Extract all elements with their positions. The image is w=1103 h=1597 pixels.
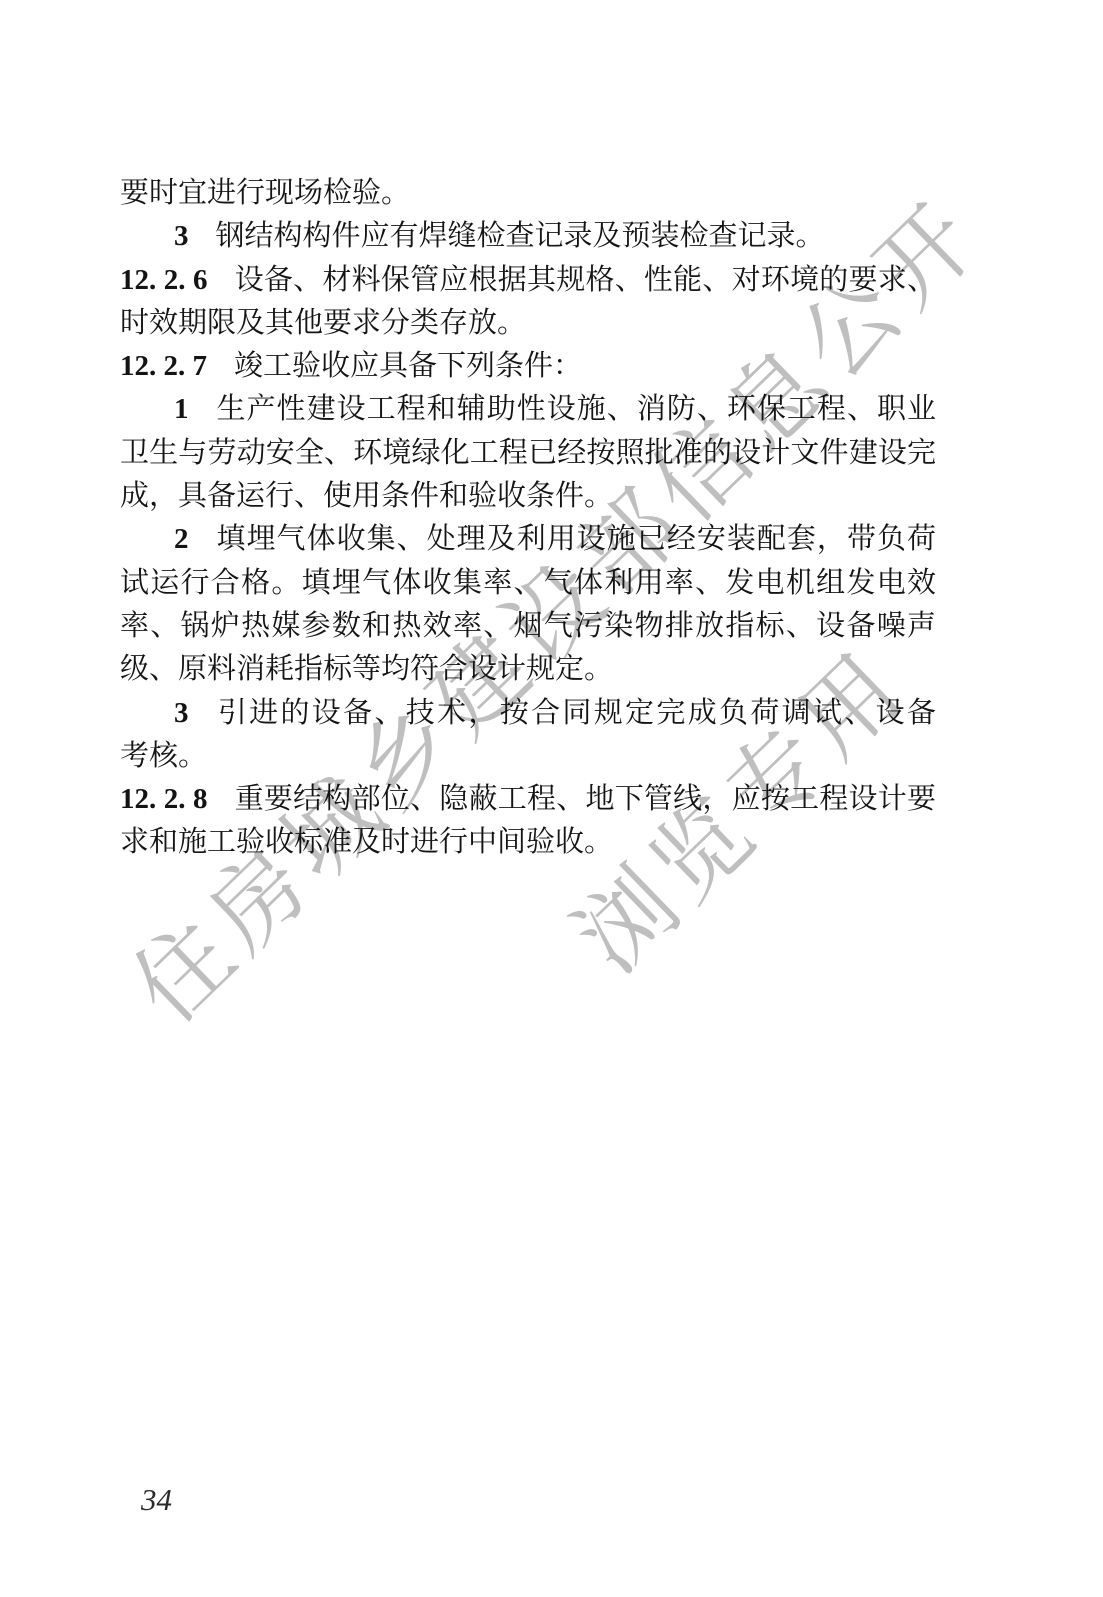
item-number: 1 (174, 393, 189, 425)
section-number: 12. 2. 7 (120, 350, 207, 382)
line-text: 率、锅炉热媒参数和热效率、烟气污染物排放指标、设备噪声 (120, 610, 936, 642)
section-line: 12. 2. 7竣工验收应具备下列条件： (120, 345, 936, 388)
item-number: 3 (174, 220, 189, 252)
list-item-line: 1生产性建设工程和辅助性设施、消防、环保工程、职业 (120, 388, 936, 431)
line-text: 考核。 (120, 740, 207, 772)
line-text: 卫生与劳动安全、环境绿化工程已经按照批准的设计文件建设完 (120, 437, 936, 469)
list-item-line: 3引进的设备、技术，按合同规定完成负荷调试、设备 (120, 692, 936, 735)
line-text: 试运行合格。填埋气体收集率、气体利用率、发电机组发电效 (120, 567, 936, 599)
line-text: 钢结构构件应有焊缝检查记录及预装检查记录。 (216, 220, 825, 252)
document-body: 要时宜进行现场检验。 3钢结构构件应有焊缝检查记录及预装检查记录。 12. 2.… (120, 172, 936, 865)
text-line: 试运行合格。填埋气体收集率、气体利用率、发电机组发电效 (120, 562, 936, 605)
section-number: 12. 2. 6 (120, 264, 207, 296)
line-text: 重要结构部位、隐蔽工程、地下管线，应按工程设计要 (234, 783, 936, 815)
text-line: 要时宜进行现场检验。 (120, 172, 936, 215)
list-item-line: 2填埋气体收集、处理及利用设施已经安装配套，带负荷 (120, 518, 936, 561)
text-line: 卫生与劳动安全、环境绿化工程已经按照批准的设计文件建设完 (120, 432, 936, 475)
text-line: 时效期限及其他要求分类存放。 (120, 302, 936, 345)
text-line: 级、原料消耗指标等均符合设计规定。 (120, 648, 936, 691)
section-line: 12. 2. 6设备、材料保管应根据其规格、性能、对环境的要求、 (120, 259, 936, 302)
line-text: 要时宜进行现场检验。 (120, 177, 410, 209)
line-text: 填埋气体收集、处理及利用设施已经安装配套，带负荷 (216, 523, 937, 555)
text-line: 率、锅炉热媒参数和热效率、烟气污染物排放指标、设备噪声 (120, 605, 936, 648)
line-text: 时效期限及其他要求分类存放。 (120, 307, 526, 339)
line-text: 引进的设备、技术，按合同规定完成负荷调试、设备 (216, 697, 937, 729)
line-text: 成，具备运行、使用条件和验收条件。 (120, 480, 613, 512)
page-number: 34 (141, 1482, 172, 1518)
line-text: 设备、材料保管应根据其规格、性能、对环境的要求、 (234, 264, 936, 296)
text-line: 成，具备运行、使用条件和验收条件。 (120, 475, 936, 518)
section-line: 12. 2. 8重要结构部位、隐蔽工程、地下管线，应按工程设计要 (120, 778, 936, 821)
text-line: 求和施工验收标准及时进行中间验收。 (120, 821, 936, 864)
section-number: 12. 2. 8 (120, 783, 207, 815)
line-text: 级、原料消耗指标等均符合设计规定。 (120, 653, 613, 685)
text-line: 考核。 (120, 735, 936, 778)
list-item-line: 3钢结构构件应有焊缝检查记录及预装检查记录。 (120, 215, 936, 258)
document-page: 住房城乡建设部信息公开 浏览专用 要时宜进行现场检验。 3钢结构构件应有焊缝检查… (0, 0, 1103, 1597)
line-text: 生产性建设工程和辅助性设施、消防、环保工程、职业 (216, 393, 937, 425)
line-text: 求和施工验收标准及时进行中间验收。 (120, 826, 613, 858)
item-number: 3 (174, 697, 189, 729)
item-number: 2 (174, 523, 189, 555)
line-text: 竣工验收应具备下列条件： (234, 350, 582, 382)
